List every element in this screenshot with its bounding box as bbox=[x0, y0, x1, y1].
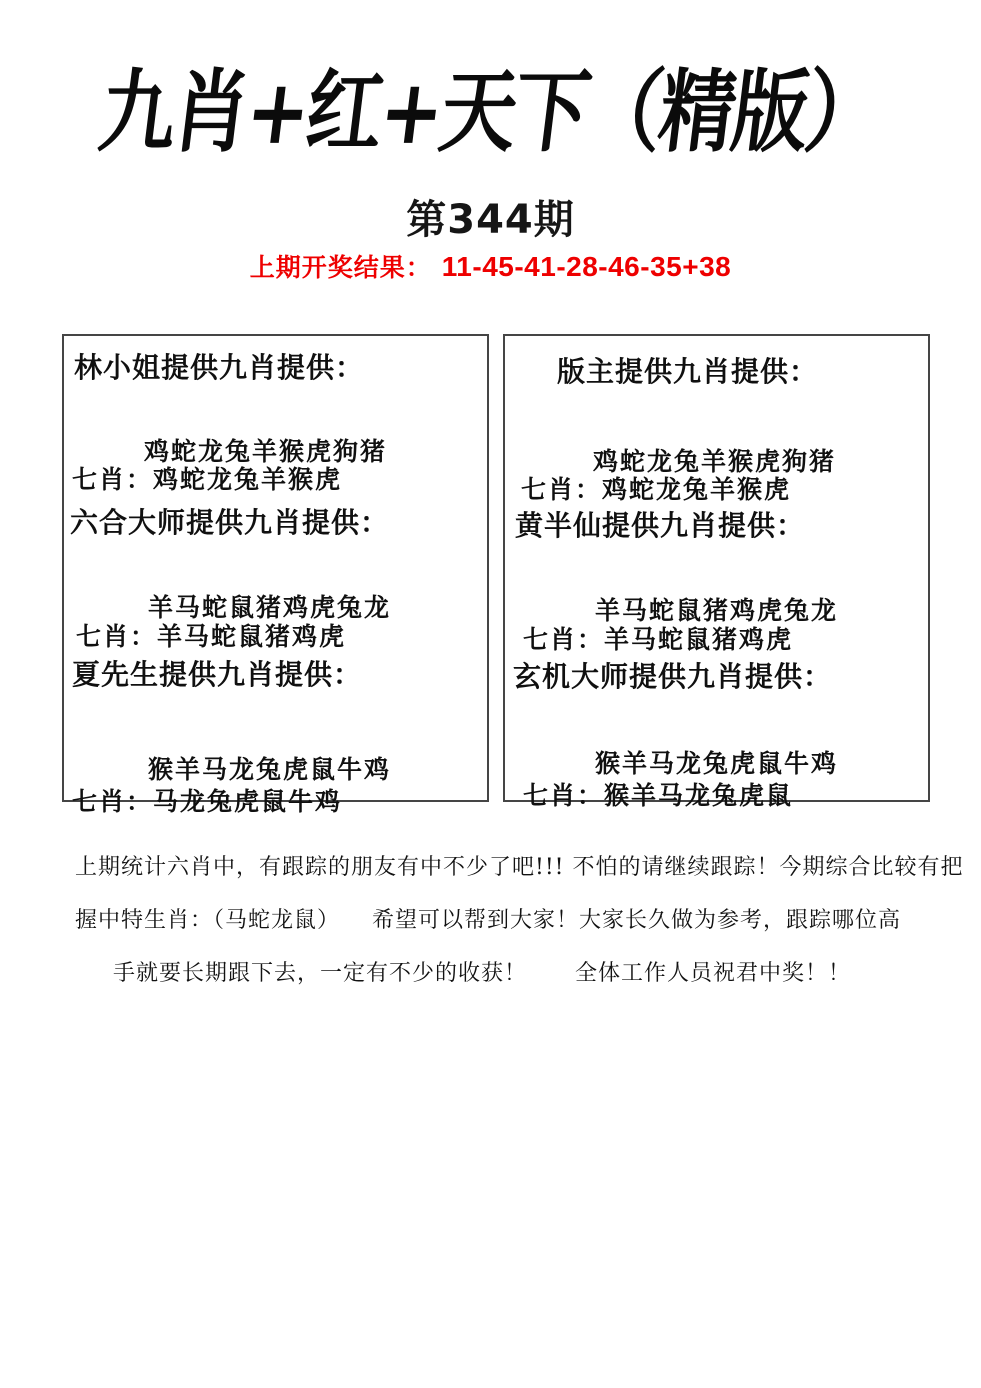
nine-zodiac-line: 猴羊马龙兔虎鼠牛鸡 bbox=[595, 744, 838, 780]
provider-header: 版主提供九肖提供： bbox=[557, 350, 818, 390]
banner-title: 九肖+红+天下（精版） bbox=[0, 40, 981, 169]
tips-column-left: 林小姐提供九肖提供： 鸡蛇龙兔羊猴虎狗猪 七肖：鸡蛇龙兔羊猴虎 六合大师提供九肖… bbox=[62, 334, 489, 802]
nine-zodiac-line: 猴羊马龙兔虎鼠牛鸡 bbox=[148, 750, 391, 786]
provider-header: 夏先生提供九肖提供： bbox=[72, 653, 362, 693]
footer-note-line-1: 上期统计六肖中，有跟踪的朋友有中不少了吧!!! 不怕的请继续跟踪！今期综合比较有… bbox=[75, 850, 964, 881]
provider-header: 玄机大师提供九肖提供： bbox=[513, 655, 832, 695]
lottery-tip-sheet-page: 九肖+红+天下（精版） 第344期 上期开奖结果：11-45-41-28-46-… bbox=[0, 0, 981, 1388]
seven-zodiac-line: 七肖：羊马蛇鼠猪鸡虎 bbox=[76, 617, 346, 653]
footer-note-line-2: 握中特生肖：（马蛇龙鼠） 希望可以帮到大家！大家长久做为参考，跟踪哪位高 bbox=[75, 903, 901, 934]
seven-zodiac-line: 七肖：鸡蛇龙兔羊猴虎 bbox=[521, 470, 791, 506]
provider-header: 黄半仙提供九肖提供： bbox=[515, 504, 805, 544]
previous-result-numbers: 11-45-41-28-46-35+38 bbox=[442, 251, 731, 282]
provider-header: 六合大师提供九肖提供： bbox=[70, 501, 389, 541]
provider-header: 林小姐提供九肖提供： bbox=[74, 346, 364, 386]
seven-zodiac-line: 七肖：鸡蛇龙兔羊猴虎 bbox=[72, 460, 342, 496]
seven-zodiac-line: 七肖：猴羊马龙兔虎鼠 bbox=[523, 776, 793, 812]
previous-result-line: 上期开奖结果：11-45-41-28-46-35+38 bbox=[0, 248, 981, 284]
seven-zodiac-line: 七肖：马龙兔虎鼠牛鸡 bbox=[72, 782, 342, 818]
footer-note-line-3: 手就要长期跟下去，一定有不少的收获！ 全体工作人员祝君中奖！！ bbox=[113, 956, 851, 987]
tips-table: 林小姐提供九肖提供： 鸡蛇龙兔羊猴虎狗猪 七肖：鸡蛇龙兔羊猴虎 六合大师提供九肖… bbox=[62, 334, 930, 804]
previous-result-label: 上期开奖结果： bbox=[250, 253, 432, 282]
issue-number: 第344期 bbox=[0, 188, 981, 245]
tips-column-right: 版主提供九肖提供： 鸡蛇龙兔羊猴虎狗猪 七肖：鸡蛇龙兔羊猴虎 黄半仙提供九肖提供… bbox=[503, 334, 930, 802]
seven-zodiac-line: 七肖：羊马蛇鼠猪鸡虎 bbox=[523, 620, 793, 656]
